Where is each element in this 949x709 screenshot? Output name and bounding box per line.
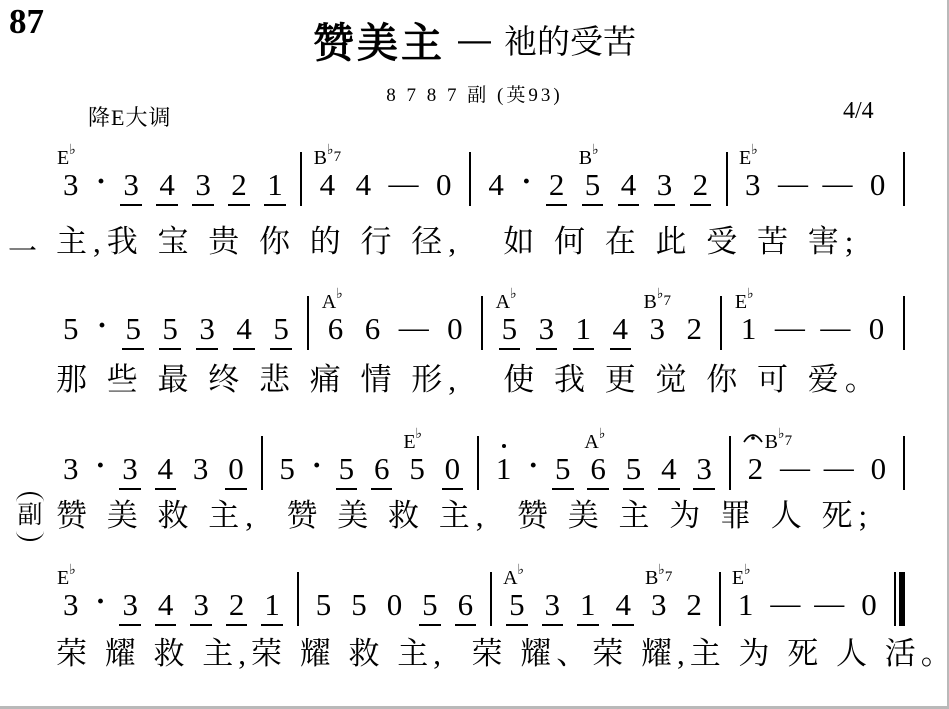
note-token: 5 [159, 313, 181, 350]
dash-token: — [824, 453, 854, 490]
dash-token: — [822, 169, 852, 206]
note-token: 1E♭ [735, 589, 757, 626]
note-token: 2 [690, 169, 712, 206]
dot-token: · [312, 451, 322, 490]
notation-line-4: 3E♭·34321550565A♭3143B♭721E♭——0 [60, 572, 905, 626]
note-token: 6 [455, 589, 477, 626]
note-token: 4 [155, 589, 177, 626]
note-token: 3 [654, 169, 676, 206]
note-token: 3 [196, 313, 218, 350]
chord-label: E♭ [735, 288, 754, 312]
title-dash: — [458, 21, 491, 59]
dash-token: — [820, 313, 850, 350]
note-token: 5 [313, 589, 335, 626]
hymn-sheet-page: 87 赞美主 — 祂的受苦 8 7 8 7 副 (英93) 降E大调 4/4 3… [0, 0, 949, 709]
dash-token: — [770, 589, 800, 626]
barline [903, 436, 905, 490]
note-token: 3 [190, 453, 212, 490]
note-token: 4 [658, 453, 680, 490]
note-token: 5 [623, 453, 645, 490]
chord-label: B♭7 [314, 144, 341, 168]
note-token: 5 [336, 453, 358, 490]
note-token: 0 [384, 589, 406, 626]
note-token: 6A♭ [325, 313, 347, 350]
note-token: 3 [119, 453, 141, 490]
chord-label: E♭ [57, 144, 76, 168]
note-token: 1 [577, 589, 599, 626]
note-token: 2 [683, 313, 705, 350]
note-token: 5 [60, 313, 82, 350]
barline [307, 296, 309, 350]
chord-label: E♭ [57, 564, 76, 588]
octave-dot [502, 444, 506, 448]
barline [903, 152, 905, 206]
chord-label: E♭ [732, 564, 751, 588]
hymn-subtitle: 祂的受苦 [504, 16, 636, 63]
lyrics-line-2: 那 些 最 终 悲 痛 情 形, 使 我 更 觉 你 可 爱。 [56, 362, 882, 398]
refrain-marker: 副 [12, 492, 48, 541]
note-token: 4 [612, 589, 634, 626]
dot-token: · [96, 167, 106, 206]
lyrics-line-1: 主,我 宝 贵 你 的 行 径, 如 何 在 此 受 苦 害; [56, 224, 859, 260]
chord-label: E♭ [403, 428, 422, 452]
note-token: 0 [442, 453, 464, 490]
barline [481, 296, 483, 350]
note-token: 1E♭ [738, 313, 760, 350]
note-token: 5B♭ [582, 169, 604, 206]
note-token: 4 [610, 313, 632, 350]
hymn-title: 赞美主 [313, 10, 445, 69]
note-token: 0 [868, 453, 890, 490]
note-token: 4 [156, 169, 178, 206]
note-token: 5E♭ [406, 453, 428, 490]
chord-label: A♭ [496, 288, 517, 312]
note-token: 2 [683, 589, 705, 626]
note-token: 3E♭ [60, 169, 82, 206]
note-token: 0 [433, 169, 455, 206]
note-token: 5 [552, 453, 574, 490]
time-signature: 4/4 [843, 98, 874, 125]
note-token: 6 [371, 453, 393, 490]
note-token: 5 [270, 313, 292, 350]
refrain-bracket-bottom [16, 531, 44, 541]
note-token: 3 [119, 589, 141, 626]
note-token: 0 [858, 589, 880, 626]
notation-line-2: 5·553456A♭6—05A♭3143B♭721E♭——0 [60, 296, 905, 350]
note-token: 3 [542, 589, 564, 626]
key-signature-label: 降E大调 [88, 101, 171, 132]
chord-label: A♭ [584, 428, 605, 452]
chord-label: B♭ [579, 144, 599, 168]
final-barline [894, 572, 905, 626]
barline [719, 572, 721, 626]
note-token: 4 [485, 169, 507, 206]
dash-token: — [814, 589, 844, 626]
lyrics-line-3: 赞 美 救 主, 赞 美 救 主, 赞 美 主 为 罪 人 死; [56, 498, 873, 534]
note-token: 3B♭7 [646, 313, 668, 350]
note-token: 5 [122, 313, 144, 350]
refrain-label: 副 [17, 502, 42, 531]
chord-label: E♭ [739, 144, 758, 168]
note-token: 6 [362, 313, 384, 350]
refrain-bracket-top [16, 492, 44, 502]
note-token: 3 [536, 313, 558, 350]
note-token: 5 [276, 453, 298, 490]
note-token: 1 [573, 313, 595, 350]
note-token: 0 [866, 313, 888, 350]
barline [903, 296, 905, 350]
note-token: 3 [190, 589, 212, 626]
dot-token: · [95, 587, 105, 626]
notation-line-1: 3E♭·343214B♭74—04·25B♭4323E♭——0 [60, 152, 905, 206]
dot-token: · [528, 451, 538, 490]
chord-label: B♭7 [742, 428, 792, 452]
dash-token: — [778, 169, 808, 206]
barline [297, 572, 299, 626]
barline [490, 572, 492, 626]
title-row: 赞美主 — 祂的受苦 [0, 10, 949, 69]
note-token: 5A♭ [499, 313, 521, 350]
dot-token: · [97, 311, 107, 350]
note-token: 3 [192, 169, 214, 206]
barline [469, 152, 471, 206]
note-token: 3 [120, 169, 142, 206]
lyrics-line-4: 荣 耀 救 主,荣 耀 救 主, 荣 耀、荣 耀,主 为 死 人 活。 [56, 636, 949, 672]
chord-label: A♭ [322, 288, 343, 312]
note-token: 0 [444, 313, 466, 350]
note-token: 1 [493, 453, 515, 490]
barline [261, 436, 263, 490]
note-token: 2 [226, 589, 248, 626]
note-token: 4 [353, 169, 375, 206]
dash-token: — [389, 169, 419, 206]
note-token: 5 [419, 589, 441, 626]
note-token: 2 [546, 169, 568, 206]
note-token: 0 [867, 169, 889, 206]
barline [300, 152, 302, 206]
note-token: 5A♭ [506, 589, 528, 626]
note-token: 0 [225, 453, 247, 490]
dot-token: · [521, 167, 531, 206]
note-token: 5 [348, 589, 370, 626]
note-token: 1 [264, 169, 286, 206]
note-token: 3 [60, 453, 82, 490]
chord-label: B♭7 [645, 564, 672, 588]
note-token: 4 [233, 313, 255, 350]
barline [726, 152, 728, 206]
note-token: 3E♭ [60, 589, 82, 626]
verse-number-marker: 一 [8, 229, 37, 270]
note-token: 3B♭7 [648, 589, 670, 626]
barline [729, 436, 731, 490]
barline [720, 296, 722, 350]
note-token: 2B♭7 [745, 453, 767, 490]
note-token: 2 [228, 169, 250, 206]
chord-label: B♭7 [643, 288, 670, 312]
dot-token: · [95, 451, 105, 490]
note-token: 4 [618, 169, 640, 206]
barline [477, 436, 479, 490]
notation-line-3: 3·34305·565E♭01·56A♭5432B♭7——0 [60, 436, 905, 490]
fermata-icon [742, 430, 764, 443]
dash-token: — [399, 313, 429, 350]
note-token: 3 [693, 453, 715, 490]
note-token: 6A♭ [587, 453, 609, 490]
dash-token: — [780, 453, 810, 490]
note-token: 1 [261, 589, 283, 626]
dash-token: — [775, 313, 805, 350]
chord-label: A♭ [503, 564, 524, 588]
note-token: 4B♭7 [317, 169, 339, 206]
note-token: 4 [155, 453, 177, 490]
note-token: 3E♭ [742, 169, 764, 206]
